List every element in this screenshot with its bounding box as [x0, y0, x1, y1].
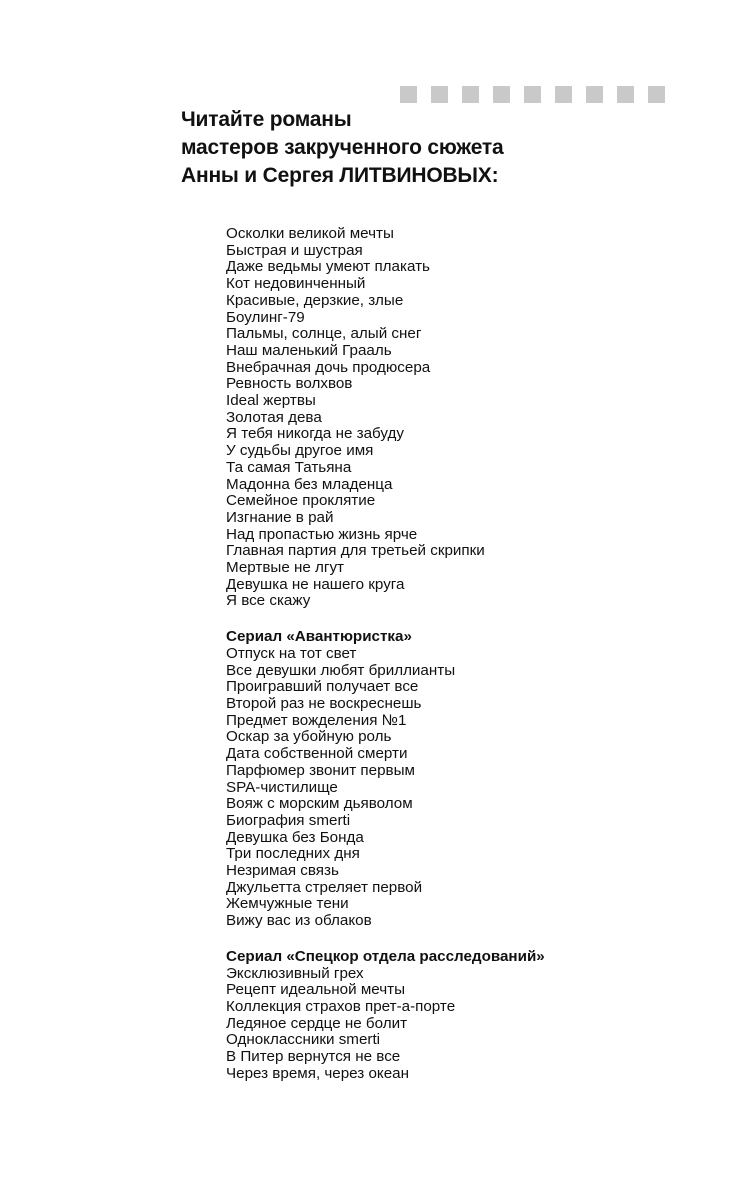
book-title: Мадонна без младенца [226, 477, 545, 494]
book-title: Главная партия для третьей скрипки [226, 543, 545, 560]
book-title: Второй раз не воскреснешь [226, 696, 545, 713]
book-title: Эксклюзивный грех [226, 966, 545, 983]
book-title: Биография smerti [226, 813, 545, 830]
book-title: Одноклассники smerti [226, 1032, 545, 1049]
decorative-squares [400, 86, 665, 103]
book-title: Золотая дева [226, 410, 545, 427]
book-title: Та самая Татьяна [226, 460, 545, 477]
book-title: Я тебя никогда не забуду [226, 426, 545, 443]
series-heading: Сериал «Авантюристка» [226, 629, 545, 646]
decorative-square [431, 86, 448, 103]
book-title: Джульетта стреляет первой [226, 880, 545, 897]
book-title: Девушка не нашего круга [226, 577, 545, 594]
book-title: Проигравший получает все [226, 679, 545, 696]
book-title: Предмет вожделения №1 [226, 713, 545, 730]
section-spacer [226, 930, 545, 949]
book-title: Ideal жертвы [226, 393, 545, 410]
book-title: Жемчужные тени [226, 896, 545, 913]
decorative-square [617, 86, 634, 103]
book-title: Внебрачная дочь продюсера [226, 360, 545, 377]
book-title: Осколки великой мечты [226, 226, 545, 243]
book-title: Коллекция страхов прет-а-порте [226, 999, 545, 1016]
decorative-square [400, 86, 417, 103]
title-line: Анны и Сергея ЛИТВИНОВЫХ: [181, 162, 503, 190]
book-title: Мертвые не лгут [226, 560, 545, 577]
book-title: Отпуск на тот свет [226, 646, 545, 663]
decorative-square [524, 86, 541, 103]
book-title: Семейное проклятие [226, 493, 545, 510]
section-spacer [226, 610, 545, 629]
book-title: Наш маленький Грааль [226, 343, 545, 360]
book-list: Осколки великой мечтыБыстрая и шустраяДа… [226, 226, 545, 1082]
book-title: Рецепт идеальной мечты [226, 982, 545, 999]
book-title: Ревность волхвов [226, 376, 545, 393]
book-title: У судьбы другое имя [226, 443, 545, 460]
book-title: Даже ведьмы умеют плакать [226, 259, 545, 276]
book-title: Вояж с морским дьяволом [226, 796, 545, 813]
book-title: Кот недовинченный [226, 276, 545, 293]
book-title: Все девушки любят бриллианты [226, 663, 545, 680]
book-title: Я все скажу [226, 593, 545, 610]
book-title: SPA-чистилище [226, 780, 545, 797]
decorative-square [493, 86, 510, 103]
book-title: Ледяное сердце не болит [226, 1016, 545, 1033]
title-line: Читайте романы [181, 106, 503, 134]
decorative-square [555, 86, 572, 103]
decorative-square [648, 86, 665, 103]
book-title: Парфюмер звонит первым [226, 763, 545, 780]
book-title: Девушка без Бонда [226, 830, 545, 847]
book-title: Изгнание в рай [226, 510, 545, 527]
book-title: Три последних дня [226, 846, 545, 863]
decorative-square [462, 86, 479, 103]
book-title: Вижу вас из облаков [226, 913, 545, 930]
decorative-square [586, 86, 603, 103]
book-title: Боулинг-79 [226, 310, 545, 327]
book-title: Дата собственной смерти [226, 746, 545, 763]
book-title: Красивые, дерзкие, злые [226, 293, 545, 310]
book-title: Быстрая и шустрая [226, 243, 545, 260]
title-line: мастеров закрученного сюжета [181, 134, 503, 162]
book-title: Пальмы, солнце, алый снег [226, 326, 545, 343]
book-title: Незримая связь [226, 863, 545, 880]
book-title: Над пропастью жизнь ярче [226, 527, 545, 544]
book-title: Через время, через океан [226, 1066, 545, 1083]
book-title: В Питер вернутся не все [226, 1049, 545, 1066]
series-heading: Сериал «Спецкор отдела расследований» [226, 949, 545, 966]
page-title: Читайте романы мастеров закрученного сюж… [181, 106, 503, 190]
book-title: Оскар за убойную роль [226, 729, 545, 746]
